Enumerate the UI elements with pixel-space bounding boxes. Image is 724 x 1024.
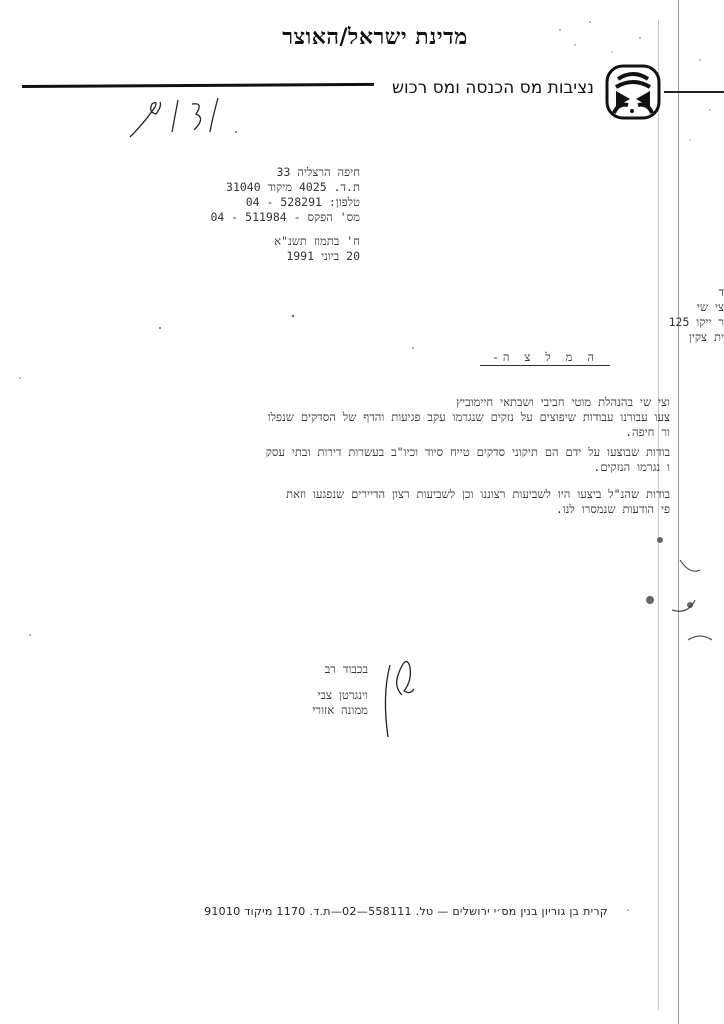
body-line: פי הודעות שנמסרו לנו. [40,502,670,517]
body-line: בודות שבוצעו על ידם הם תיקוני סדקים טייח… [40,445,670,460]
recipient-line: ר ייקו 125 [600,315,724,330]
signer-block: וינגרטן צבי ממונה אזורי [220,688,368,718]
sender-address: חיפה הרצליה 33 ת.ד. 4025 מיקוד 31040 טלפ… [150,165,360,225]
department-name: נציבות מס הכנסה ומס רכוש [378,78,594,98]
sender-line: טלפון: 528291 - 04 [150,195,360,210]
body-paragraph: בודות שבוצעו על ידם הם תיקוני סדקים טייח… [40,445,670,475]
handwritten-signature [380,645,420,740]
letter-date: ח' בתמוז תשנ"א 20 ביוני 1991 [200,234,360,264]
sender-line: ת.ד. 4025 מיקוד 31040 [150,180,360,195]
body-paragraph: וצי שי בהנהלת מוטי חביבי ושבתאי חיימוביץ… [40,395,670,440]
letterhead-rule [664,91,724,93]
body-line: ור חיפה. [40,425,670,440]
recipient-line: ית צקין [600,330,724,345]
tax-authority-emblem-icon [604,63,662,121]
date-hebrew: ח' בתמוז תשנ"א [200,234,360,249]
recipient-line: ד [600,285,724,300]
body-line: צעו עבורנו עבודות שיפוצים על נזקים שנגרמ… [40,410,670,425]
state-title: מדינת ישראל/האוצר [270,24,480,50]
scan-fold-line [678,0,679,1024]
handwritten-note [100,92,240,142]
signer-title: ממונה אזורי [220,703,368,718]
closing-salutation: בכבוד רב [250,662,368,677]
recipient-address: ד צי שי ר ייקו 125 ית צקין [600,285,724,345]
letterhead-rule [22,83,374,88]
date-gregorian: 20 ביוני 1991 [200,249,360,264]
signer-name: וינגרטן צבי [220,688,368,703]
body-paragraph: בודות שהנ"ל ביצעו היו לשביעות רצוננו וכן… [40,487,670,517]
letterhead-footer: קרית בן גוריון בנין מס׳י ירושלים — טל. 5… [120,905,608,918]
sender-line: מס' הפקס - 511984 - 04 [150,210,360,225]
recipient-line: צי שי [600,300,724,315]
body-line: וצי שי בהנהלת מוטי חביבי ושבתאי חיימוביץ [40,395,670,410]
sender-line: חיפה הרצליה 33 [150,165,360,180]
subject-heading: ה מ ל צ ה- [480,350,610,366]
body-line: ו נגרמו הנזקים. [40,460,670,475]
body-line: בודות שהנ"ל ביצעו היו לשביעות רצוננו וכן… [40,487,670,502]
